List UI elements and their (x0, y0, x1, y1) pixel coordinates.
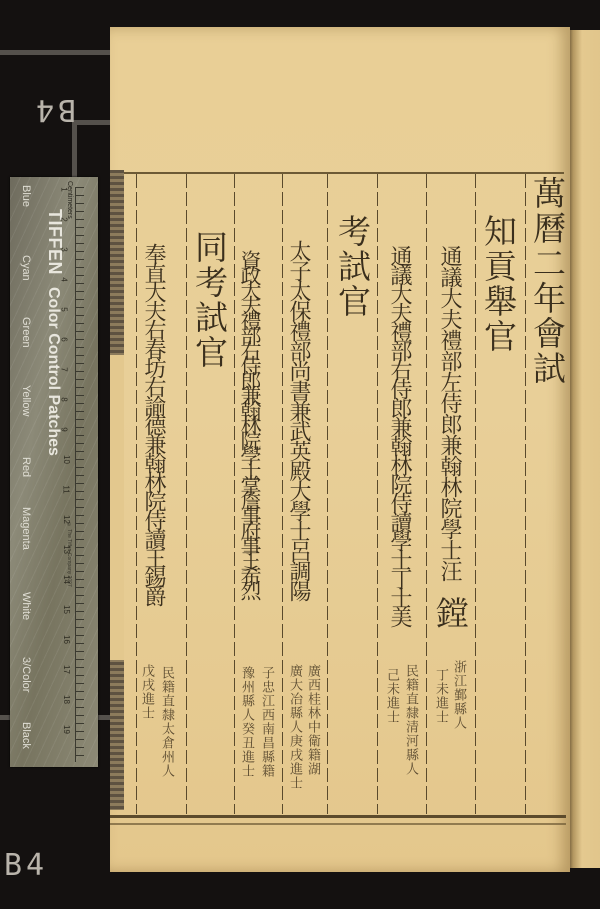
scale-number: 18 (62, 695, 71, 704)
book-page (110, 27, 570, 872)
scale-number: 8 (60, 397, 69, 401)
column-divider (136, 174, 137, 814)
patch-label: White (20, 592, 32, 620)
scale-number: 1 (60, 187, 69, 191)
scale-number: 2 (60, 217, 69, 221)
official-note-left: 戊戌進士 (138, 664, 154, 720)
official-note-left: 廣大冶縣人庚戌進士 (286, 664, 302, 790)
column-divider (327, 174, 328, 814)
column-divider (186, 174, 187, 814)
color-control-card: Blue Cyan Green Yellow Red Magenta White… (10, 177, 98, 767)
section-heading-chief-examiner: 知貢舉官 (478, 214, 518, 354)
section-heading-examiner: 考試官 (332, 214, 372, 319)
tray-label-bottom: B4 (4, 848, 48, 883)
patch-label: Blue (20, 185, 32, 207)
column-divider (426, 174, 427, 814)
scale-number: 6 (60, 337, 69, 341)
official-note-right: 子忠江西南昌縣籍 (258, 666, 274, 778)
bottom-border-rule (110, 815, 566, 818)
official-note-left: 豫州縣人癸丑進士 (238, 666, 254, 778)
scale-number: 15 (62, 605, 71, 614)
scale-number: 3 (60, 247, 69, 251)
official-note-right: 廣西桂林中衛籍湖 (304, 664, 320, 776)
scale-number: 11 (62, 485, 71, 493)
scale-number: 5 (60, 307, 69, 311)
document-title: 萬曆二年會試 (527, 176, 567, 386)
official-note-left: 丁未進士 (432, 668, 448, 724)
scale-number: 13 (62, 545, 71, 554)
official-note-right: 浙江鄞縣人 (450, 660, 466, 730)
official-note-right: 民籍直隸清河縣人 (402, 664, 418, 776)
column-divider (234, 174, 235, 814)
page-gutter-gap (110, 355, 124, 660)
patch-label: Magenta (20, 507, 32, 550)
scale-number: 7 (60, 367, 69, 371)
scale-number: 4 (60, 277, 69, 281)
scale-number: 9 (60, 427, 69, 431)
official-entry-main: 太子太保禮部尚書兼武英殿大學士呂調陽 (285, 240, 311, 600)
scale-number: 17 (62, 665, 71, 674)
scale-number: 19 (62, 725, 71, 734)
official-note-right: 民籍直隸太倉州人 (158, 666, 174, 778)
official-entry-main: 奉直大夫右春坊右諭德兼翰林院侍讀王錫爵 (140, 243, 166, 604)
scale-number: 10 (62, 455, 71, 464)
official-entry-main: 通議大夫禮部右侍郎兼翰林院侍讀學士丁士美 (386, 245, 412, 625)
top-border-rule (124, 172, 564, 174)
patch-label: Black (20, 722, 32, 749)
next-page-edge (566, 30, 600, 868)
patch-label: 3/Color (20, 657, 32, 692)
official-entry-main: 通議大夫禮部左侍郎兼翰林院學士汪 (436, 245, 462, 581)
scale-number: 14 (62, 575, 71, 584)
scale-number: 12 (62, 515, 71, 524)
official-entry-main: 資政大夫禮部右侍郎兼翰林院學士掌詹事府事王希烈 (237, 250, 263, 595)
patch-label: Red (20, 457, 32, 477)
patch-labels: Blue Cyan Green Yellow Red Magenta White… (20, 177, 36, 767)
section-heading-associate-examiner: 同考試官 (189, 230, 229, 370)
official-note-left: 己未進士 (383, 668, 399, 724)
patch-label: Cyan (20, 255, 32, 281)
column-divider (475, 174, 476, 814)
patch-label: Green (20, 317, 32, 348)
scale-number: 16 (62, 635, 71, 644)
official-name: 鏜 (430, 596, 470, 631)
column-divider (525, 174, 526, 814)
column-divider (377, 174, 378, 814)
tray-label-top: B4 (32, 92, 76, 127)
bottom-border-rule-2 (110, 823, 566, 825)
ruler-scale (75, 187, 94, 762)
patch-label: Yellow (20, 385, 32, 416)
column-divider (282, 174, 283, 814)
